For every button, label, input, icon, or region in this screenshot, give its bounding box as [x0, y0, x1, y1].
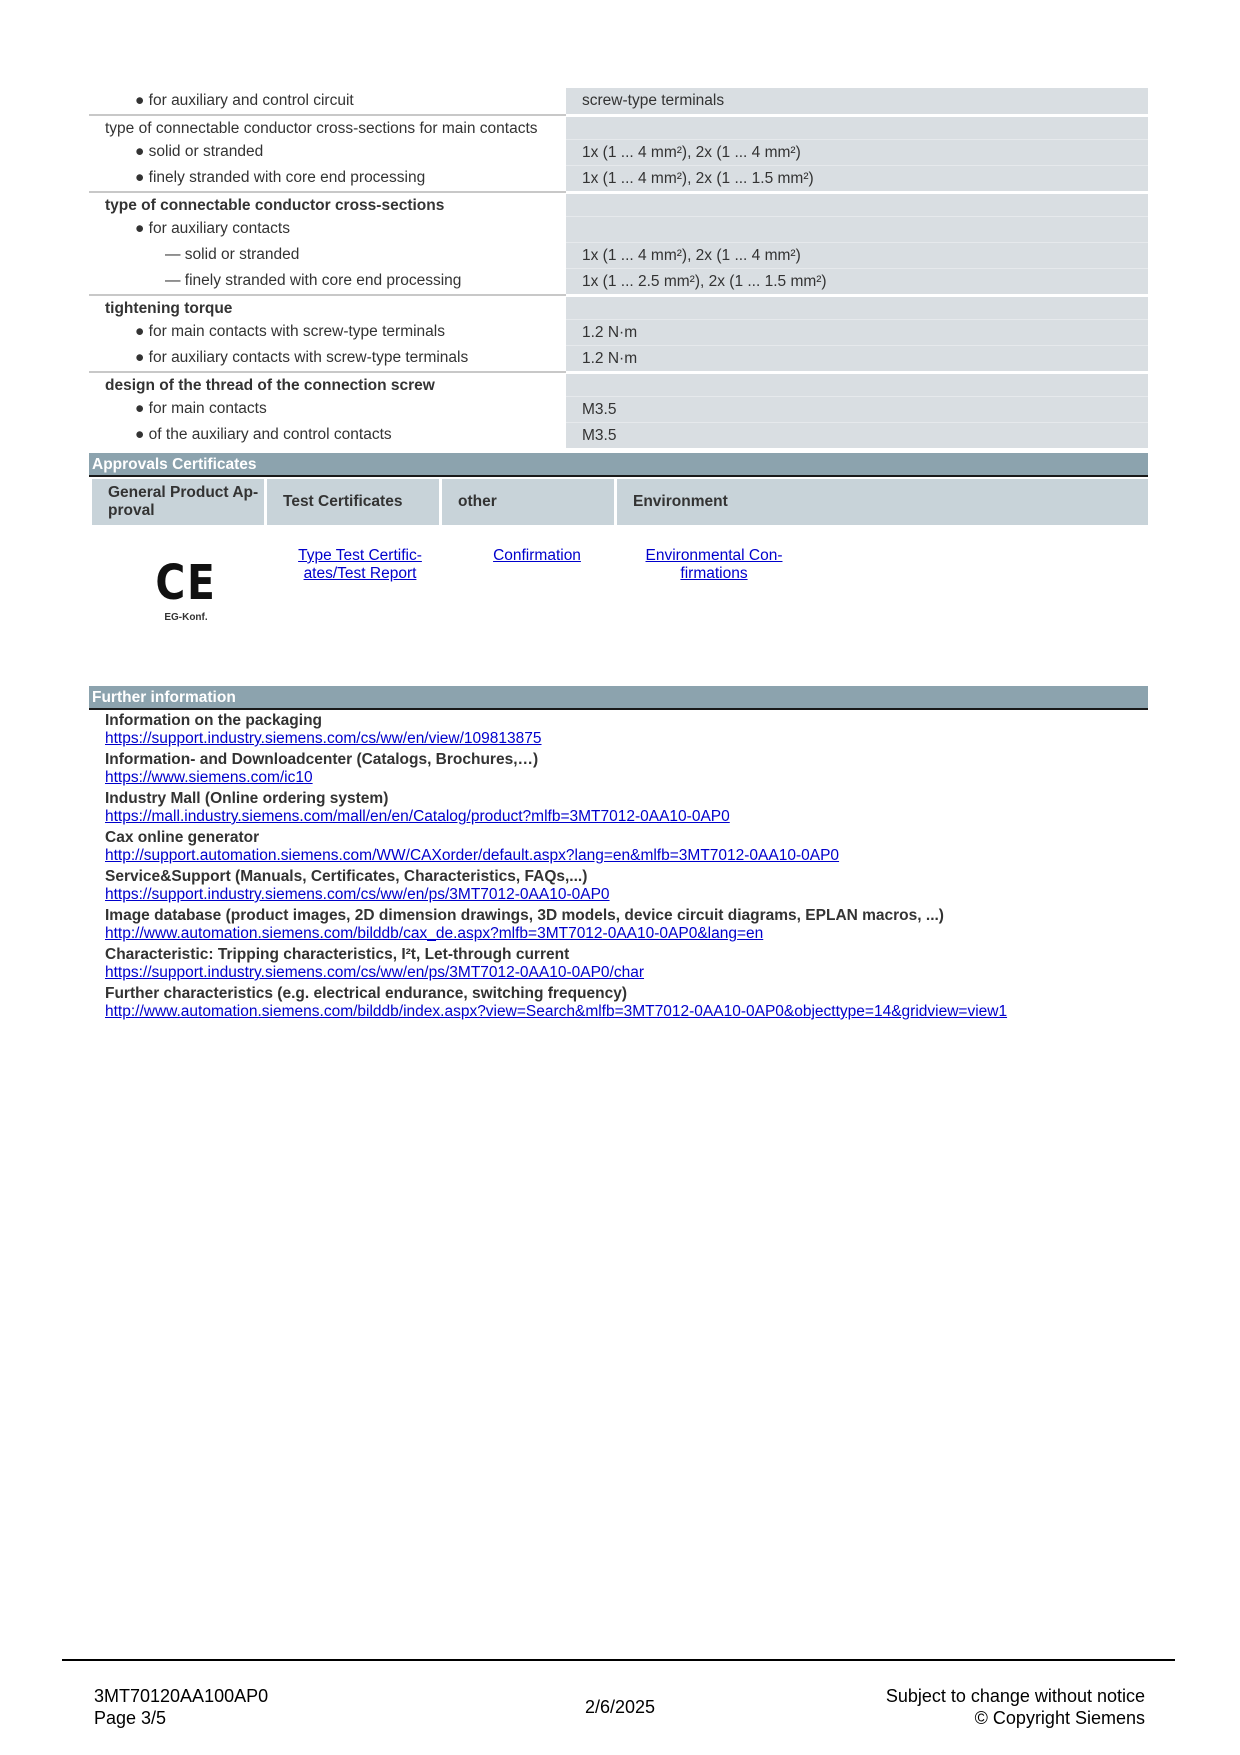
spec-label: ● for main contacts	[89, 396, 566, 422]
service-support-link[interactable]: https://support.industry.siemens.com/cs/…	[105, 886, 1145, 904]
header-other: other	[442, 479, 614, 525]
header-text: General Product Ap-	[108, 484, 258, 502]
spec-row: design of the thread of the connection s…	[89, 371, 1148, 397]
spec-row: ● finely stranded with core end processi…	[89, 165, 1148, 191]
spec-label: tightening torque	[89, 294, 566, 320]
ce-caption: EG-Konf.	[146, 612, 226, 623]
spec-row: — finely stranded with core end processi…	[89, 268, 1148, 294]
spec-row: ● for auxiliary and control circuit scre…	[89, 88, 1148, 114]
specification-table: ● for auxiliary and control circuit scre…	[89, 88, 1148, 448]
link-text: Type Test Certific-	[298, 547, 422, 564]
list-item: Information on the packaging https://sup…	[105, 711, 1145, 748]
environmental-confirmations-link[interactable]: Environmental Con- firmations	[634, 547, 794, 583]
link-text: firmations	[680, 565, 747, 582]
item-title: Industry Mall (Online ordering system)	[105, 789, 1145, 808]
item-title: Cax online generator	[105, 828, 1145, 847]
packaging-info-link[interactable]: https://support.industry.siemens.com/cs/…	[105, 730, 1145, 748]
ce-mark-glyph: CE	[155, 558, 216, 608]
change-notice: Subject to change without notice	[886, 1685, 1145, 1707]
spec-label: — solid or stranded	[89, 242, 566, 268]
item-title: Information- and Downloadcenter (Catalog…	[105, 750, 1145, 769]
spec-value: 1x (1 ... 4 mm²), 2x (1 ... 4 mm²)	[566, 139, 1148, 165]
spec-row: ● for auxiliary contacts	[89, 216, 1148, 242]
item-title: Characteristic: Tripping characteristics…	[105, 945, 1145, 964]
spec-label: — finely stranded with core end processi…	[89, 268, 566, 294]
spec-label: ● solid or stranded	[89, 139, 566, 165]
header-text: proval	[108, 502, 258, 520]
header-environment: Environment	[617, 479, 1148, 525]
spec-value	[566, 114, 1148, 140]
confirmation-link[interactable]: Confirmation	[487, 547, 587, 565]
spec-value: M3.5	[566, 422, 1148, 448]
cax-generator-link[interactable]: http://support.automation.siemens.com/WW…	[105, 847, 1145, 865]
spec-row: ● solid or stranded 1x (1 ... 4 mm²), 2x…	[89, 139, 1148, 165]
spec-value: 1x (1 ... 4 mm²), 2x (1 ... 1.5 mm²)	[566, 165, 1148, 191]
item-title: Service&Support (Manuals, Certificates, …	[105, 867, 1145, 886]
spec-value	[566, 216, 1148, 242]
spec-value: 1.2 N·m	[566, 345, 1148, 371]
footer-divider	[62, 1659, 1175, 1661]
type-test-certificates-link[interactable]: Type Test Certific- ates/Test Report	[290, 547, 430, 583]
item-title: Image database (product images, 2D dimen…	[105, 906, 1145, 925]
copyright: © Copyright Siemens	[886, 1707, 1145, 1729]
spec-label: ● of the auxiliary and control contacts	[89, 422, 566, 448]
spec-value	[566, 371, 1148, 397]
spec-row: — solid or stranded 1x (1 ... 4 mm²), 2x…	[89, 242, 1148, 268]
spec-label: ● for auxiliary contacts with screw-type…	[89, 345, 566, 371]
footer-right: Subject to change without notice © Copyr…	[886, 1685, 1145, 1729]
spec-value	[566, 294, 1148, 320]
list-item: Further characteristics (e.g. electrical…	[105, 984, 1145, 1021]
spec-value: screw-type terminals	[566, 88, 1148, 114]
approvals-section-header: Approvals Certificates	[89, 453, 1148, 477]
header-test-certificates: Test Certificates	[267, 479, 439, 525]
spec-row: ● for main contacts M3.5	[89, 396, 1148, 422]
approvals-header-row: General Product Ap- proval Test Certific…	[92, 479, 1148, 525]
image-database-link[interactable]: http://www.automation.siemens.com/bilddb…	[105, 925, 1145, 943]
spec-row: tightening torque	[89, 294, 1148, 320]
spec-row: ● for main contacts with screw-type term…	[89, 319, 1148, 345]
spec-label: ● for main contacts with screw-type term…	[89, 319, 566, 345]
further-information-list: Information on the packaging https://sup…	[105, 711, 1145, 1023]
tripping-characteristics-link[interactable]: https://support.industry.siemens.com/cs/…	[105, 964, 1145, 982]
item-title: Further characteristics (e.g. electrical…	[105, 984, 1145, 1003]
spec-value: M3.5	[566, 396, 1148, 422]
spec-value: 1x (1 ... 2.5 mm²), 2x (1 ... 1.5 mm²)	[566, 268, 1148, 294]
list-item: Characteristic: Tripping characteristics…	[105, 945, 1145, 982]
spec-row: ● of the auxiliary and control contacts …	[89, 422, 1148, 448]
spec-row: ● for auxiliary contacts with screw-type…	[89, 345, 1148, 371]
ce-mark-icon: CE EG-Konf.	[146, 558, 226, 623]
spec-label: ● finely stranded with core end processi…	[89, 165, 566, 191]
spec-row: type of connectable conductor cross-sect…	[89, 191, 1148, 217]
spec-label: ● for auxiliary contacts	[89, 216, 566, 242]
spec-value	[566, 191, 1148, 217]
spec-value: 1x (1 ... 4 mm²), 2x (1 ... 4 mm²)	[566, 242, 1148, 268]
link-text: Environmental Con-	[646, 547, 783, 564]
spec-label: ● for auxiliary and control circuit	[89, 88, 566, 114]
list-item: Image database (product images, 2D dimen…	[105, 906, 1145, 943]
header-general-product-approval: General Product Ap- proval	[92, 479, 264, 525]
spec-label: type of connectable conductor cross-sect…	[89, 191, 566, 217]
list-item: Information- and Downloadcenter (Catalog…	[105, 750, 1145, 787]
spec-value: 1.2 N·m	[566, 319, 1148, 345]
spec-label: design of the thread of the connection s…	[89, 371, 566, 397]
item-title: Information on the packaging	[105, 711, 1145, 730]
list-item: Cax online generator http://support.auto…	[105, 828, 1145, 865]
link-text: ates/Test Report	[304, 565, 417, 582]
spec-label: type of connectable conductor cross-sect…	[89, 114, 566, 140]
downloadcenter-link[interactable]: https://www.siemens.com/ic10	[105, 769, 1145, 787]
further-characteristics-link[interactable]: http://www.automation.siemens.com/bilddb…	[105, 1003, 1145, 1021]
list-item: Industry Mall (Online ordering system) h…	[105, 789, 1145, 826]
list-item: Service&Support (Manuals, Certificates, …	[105, 867, 1145, 904]
further-information-section-header: Further information	[89, 686, 1148, 710]
spec-row: type of connectable conductor cross-sect…	[89, 114, 1148, 140]
industry-mall-link[interactable]: https://mall.industry.siemens.com/mall/e…	[105, 808, 1145, 826]
approvals-content: CE EG-Konf. Type Test Certific- ates/Tes…	[92, 540, 1148, 630]
